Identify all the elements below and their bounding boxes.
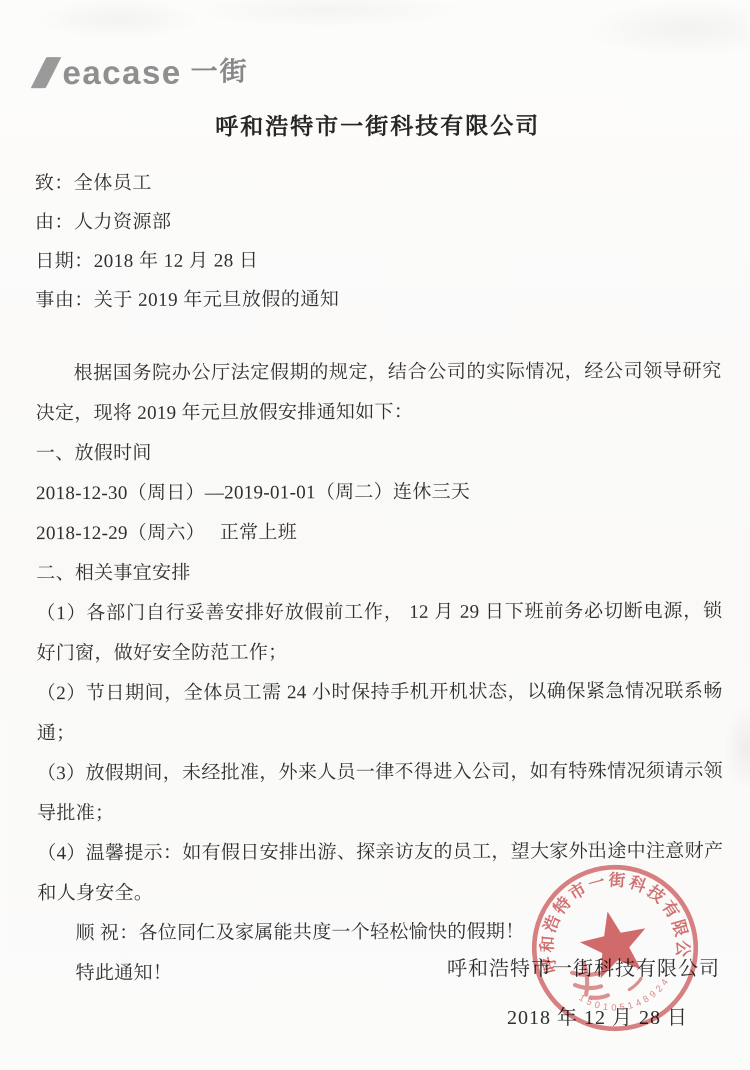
workday-line: 2018-12-29（周六） 正常上班 (36, 512, 722, 554)
logo-chinese-text: 一街 (191, 58, 249, 85)
seal-serial-number: 150105148924 (576, 974, 674, 1016)
meta-from-line: 由：人力资源部 (35, 201, 721, 242)
section1-heading: 一、放假时间 (36, 432, 722, 474)
meta-to-line: 致：全体员工 (35, 162, 721, 203)
arrangement-item-3: （3）放假期间，未经批准，外来人员一律不得进入公司，如有特殊情况须请示领导批准； (37, 752, 723, 834)
seal-svg: 呼和浩特市一街科技有限公司 150105148924 (527, 860, 703, 1036)
arrangement-item-1: （1）各部门自行妥善安排好放假前工作， 12 月 29 日下班前务必切断电源，锁… (36, 592, 722, 674)
company-seal-stamp: 呼和浩特市一街科技有限公司 150105148924 (527, 860, 703, 1036)
document-content: eacase 一街 呼和浩特市一街科技有限公司 致：全体员工 由：人力资源部 日… (0, 0, 750, 994)
logo-slash-icon (31, 57, 62, 88)
letter-meta-block: 致：全体员工 由：人力资源部 日期：2018 年 12 月 28 日 事由：关于… (35, 162, 722, 320)
logo-brand-text: eacase (62, 55, 181, 88)
company-logo: eacase 一街 (38, 49, 720, 93)
arrangement-item-2: （2）节日期间，全体员工需 24 小时保持手机开机状态，以确保紧急情况联系畅通； (37, 672, 723, 754)
meta-date-line: 日期：2018 年 12 月 28 日 (35, 240, 721, 281)
meta-subject-line: 事由：关于 2019 年元旦放假的通知 (35, 279, 721, 320)
scan-artifact-dash (588, 843, 598, 845)
section2-heading: 二、相关事宜安排 (36, 552, 722, 594)
holiday-dates-line: 2018-12-30（周日）—2019-01-01（周二）连休三天 (36, 472, 722, 514)
intro-paragraph: 根据国务院办公厅法定假期的规定，结合公司的实际情况，经公司领导研究决定，现将 2… (36, 352, 722, 434)
document-title: 呼和浩特市一街科技有限公司 (35, 107, 721, 142)
